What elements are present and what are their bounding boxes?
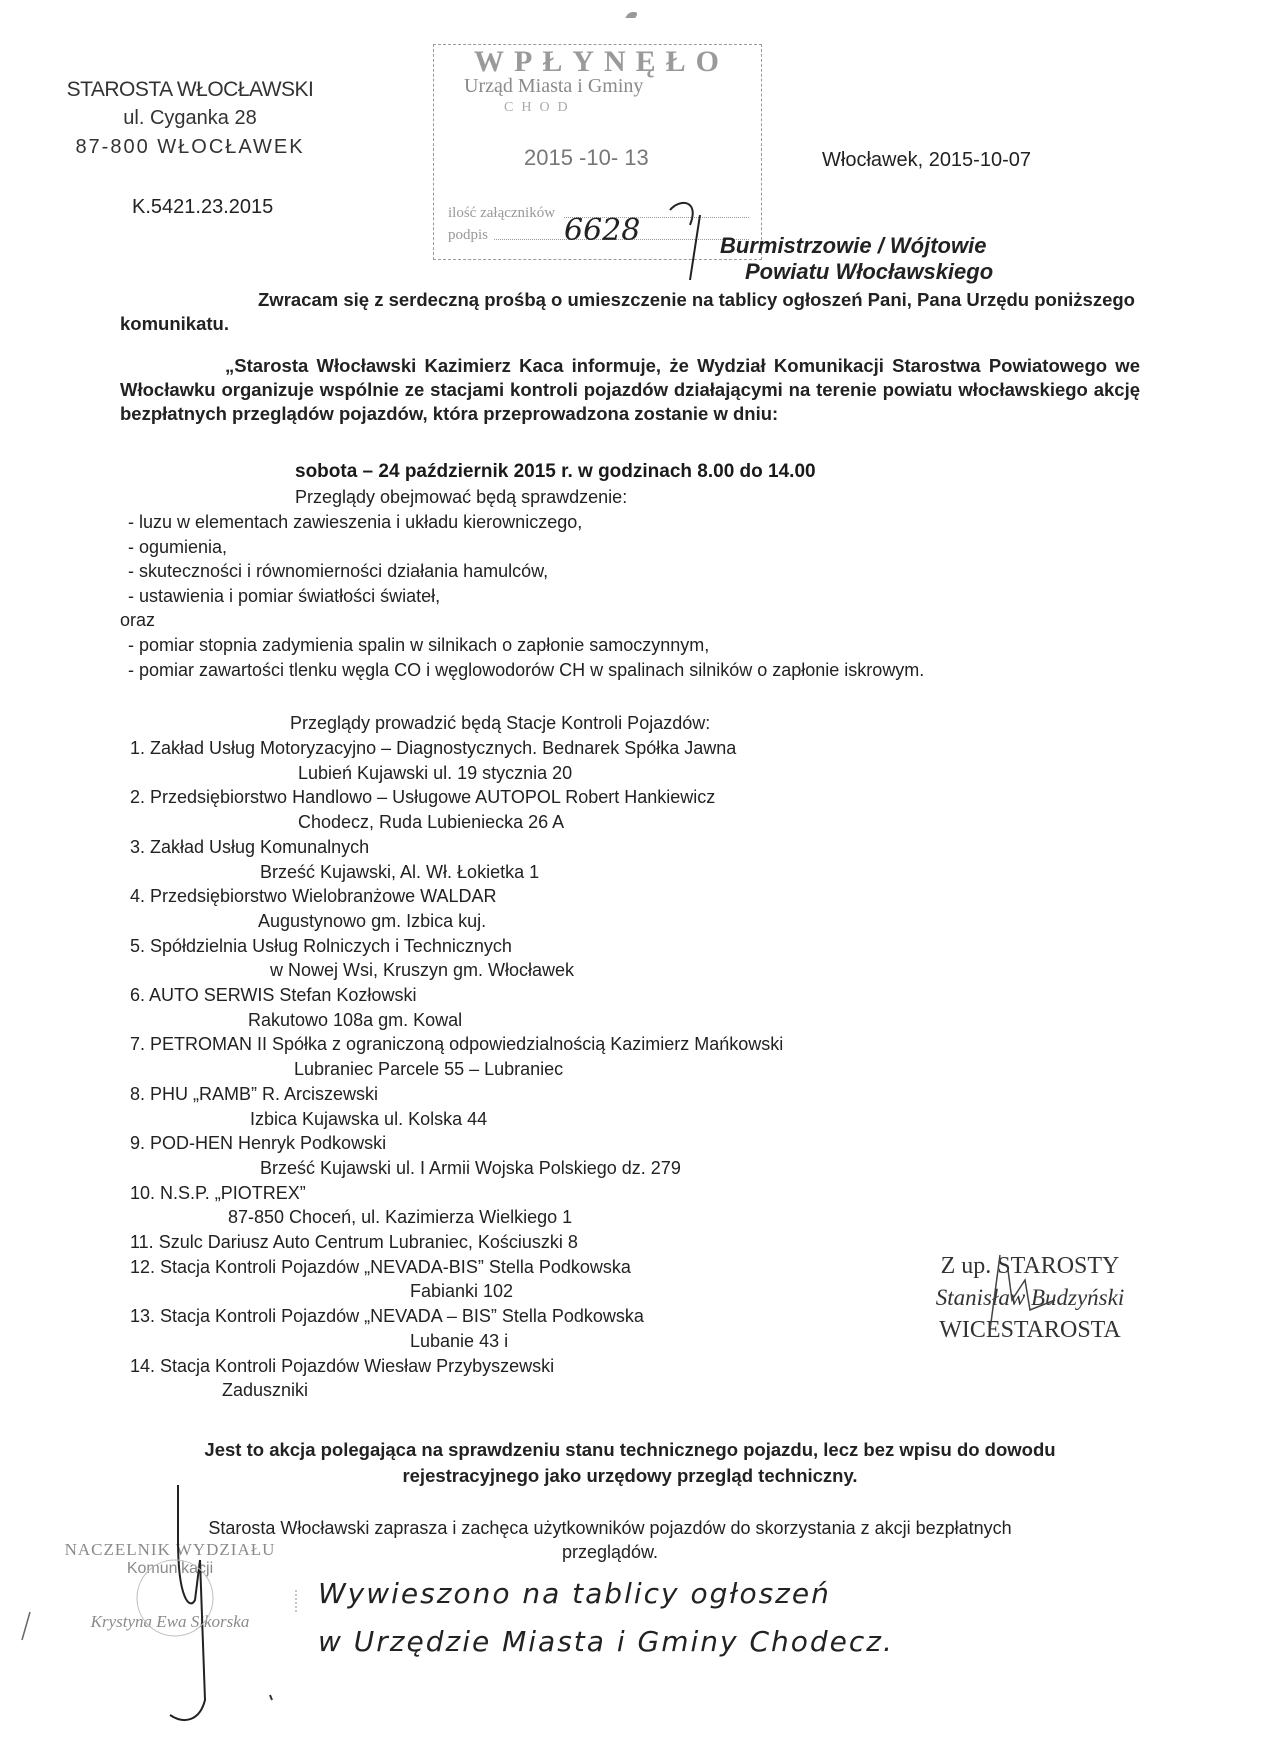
event-date: sobota – 24 październik 2015 r. w godzin… <box>295 461 816 483</box>
station-item: 7. PETROMAN II Spółka z ograniczoną odpo… <box>130 1034 783 1055</box>
sender-city: 87-800 WŁOCŁAWEK <box>40 133 340 162</box>
reference-number: K.5421.23.2015 <box>132 196 273 219</box>
station-item: 14. Stacja Kontroli Pojazdów Wiesław Prz… <box>130 1356 554 1377</box>
handwritten-note-line1: Wywieszono na tablicy ogłoszeń <box>318 1577 831 1610</box>
invitation-paragraph: Starosta Włocławski zaprasza i zachęca u… <box>190 1516 1030 1564</box>
signature-block: Z up. STAROSTY Stanisław Budzyński WICES… <box>900 1250 1160 1346</box>
station-item: 5. Spółdzielnia Usług Rolniczych i Techn… <box>130 936 512 957</box>
station-address: 87-850 Choceń, ul. Kazimierza Wielkiego … <box>228 1207 572 1228</box>
check-item: - pomiar zawartości tlenku węgla CO i wę… <box>128 660 924 681</box>
station-address: Chodecz, Ruda Lubieniecka 26 A <box>298 812 564 833</box>
notice-paragraph: Jest to akcja polegająca na sprawdzeniu … <box>150 1437 1110 1489</box>
signatory-name: Stanisław Budzyński <box>900 1282 1160 1314</box>
station-address: Lubień Kujawski ul. 19 stycznia 20 <box>298 763 572 784</box>
stamp-title: WPŁYNĘŁO <box>474 45 729 79</box>
received-stamp: WPŁYNĘŁO Urząd Miasta i Gminy CHOD 2015 … <box>433 44 762 260</box>
stamp-date: 2015 -10- 13 <box>524 145 649 171</box>
station-item: 11. Szulc Dariusz Auto Centrum Lubraniec… <box>130 1232 578 1253</box>
check-item: - pomiar stopnia zadymienia spalin w sil… <box>128 635 709 656</box>
department-stamp-department: Komunikacji <box>40 1560 300 1578</box>
checks-conjunction: oraz <box>120 610 155 631</box>
sender-name: STAROSTA WŁOCŁAWSKI <box>40 75 340 104</box>
station-item: 8. PHU „RAMB” R. Arciszewski <box>130 1084 378 1105</box>
addressee-line2: Powiatu Włocławskiego <box>745 259 993 285</box>
check-item: - ogumienia, <box>128 537 227 558</box>
check-item: - luzu w elementach zawieszenia i układu… <box>128 512 582 533</box>
place-date: Włocławek, 2015-10-07 <box>822 149 1031 172</box>
station-address: w Nowej Wsi, Kruszyn gm. Włocławek <box>270 960 574 981</box>
station-item: 9. POD-HEN Henryk Podkowski <box>130 1133 386 1154</box>
station-item: 4. Przedsiębiorstwo Wielobranżowe WALDAR <box>130 886 496 907</box>
announcement-paragraph: „Starosta Włocławski Kazimierz Kaca info… <box>120 354 1140 426</box>
stamp-office: Urząd Miasta i Gminy <box>464 75 643 98</box>
stations-intro: Przeglądy prowadzić będą Stacje Kontroli… <box>290 713 710 734</box>
stamp-signature-label: podpis <box>448 227 488 244</box>
station-address: Fabianki 102 <box>410 1281 513 1302</box>
addressee-line1: Burmistrzowie / Wójtowie <box>720 233 986 259</box>
station-address: Augustynowo gm. Izbica kuj. <box>258 911 486 932</box>
station-address: Brześć Kujawski, Al. Wł. Łokietka 1 <box>260 862 539 883</box>
scan-mark <box>625 12 638 18</box>
station-address: Rakutowo 108a gm. Kowal <box>248 1010 462 1031</box>
department-stamp-title: NACZELNIK WYDZIAŁU <box>40 1540 300 1560</box>
handwritten-note-line2: w Urzędzie Miasta i Gminy Chodecz. <box>318 1625 894 1658</box>
sender-street: ul. Cyganka 28 <box>40 104 340 133</box>
station-item: 3. Zakład Usług Komunalnych <box>130 837 369 858</box>
station-address: Zaduszniki <box>222 1380 308 1401</box>
stamp-city: CHOD <box>504 100 576 116</box>
station-address: Lubanie 43 i <box>410 1331 508 1352</box>
station-item: 1. Zakład Usług Motoryzacyjno – Diagnost… <box>130 738 736 759</box>
station-item: 2. Przedsiębiorstwo Handlowo – Usługowe … <box>130 787 715 808</box>
sender-block: STAROSTA WŁOCŁAWSKI ul. Cyganka 28 87-80… <box>40 75 340 162</box>
station-item: 12. Stacja Kontroli Pojazdów „NEVADA-BIS… <box>130 1257 631 1278</box>
request-paragraph: Zwracam się z serdeczną prośbą o umieszc… <box>120 288 1140 336</box>
station-item: 10. N.S.P. „PIOTREX” <box>130 1183 306 1204</box>
stamp-handwritten-number: 6628 <box>564 213 640 248</box>
check-item: - ustawienia i pomiar światłości świateł… <box>128 586 440 607</box>
stamp-attachments-label: ilość załączników <box>448 205 555 222</box>
department-stamp-name: Krystyna Ewa Sikorska <box>40 1612 300 1632</box>
signature-authority: Z up. STAROSTY <box>900 1250 1160 1282</box>
station-item: 6. AUTO SERWIS Stefan Kozłowski <box>130 985 416 1006</box>
station-address: Lubraniec Parcele 55 – Lubraniec <box>294 1059 563 1080</box>
station-address: Brześć Kujawski ul. I Armii Wojska Polsk… <box>260 1158 681 1179</box>
station-item: 13. Stacja Kontroli Pojazdów „NEVADA – B… <box>130 1306 644 1327</box>
signatory-title: WICESTAROSTA <box>900 1314 1160 1346</box>
check-item: - skuteczności i równomierności działani… <box>128 561 548 582</box>
checks-intro: Przeglądy obejmować będą sprawdzenie: <box>295 487 627 508</box>
department-stamp: NACZELNIK WYDZIAŁU Komunikacji Krystyna … <box>40 1540 300 1632</box>
station-address: Izbica Kujawska ul. Kolska 44 <box>250 1109 487 1130</box>
